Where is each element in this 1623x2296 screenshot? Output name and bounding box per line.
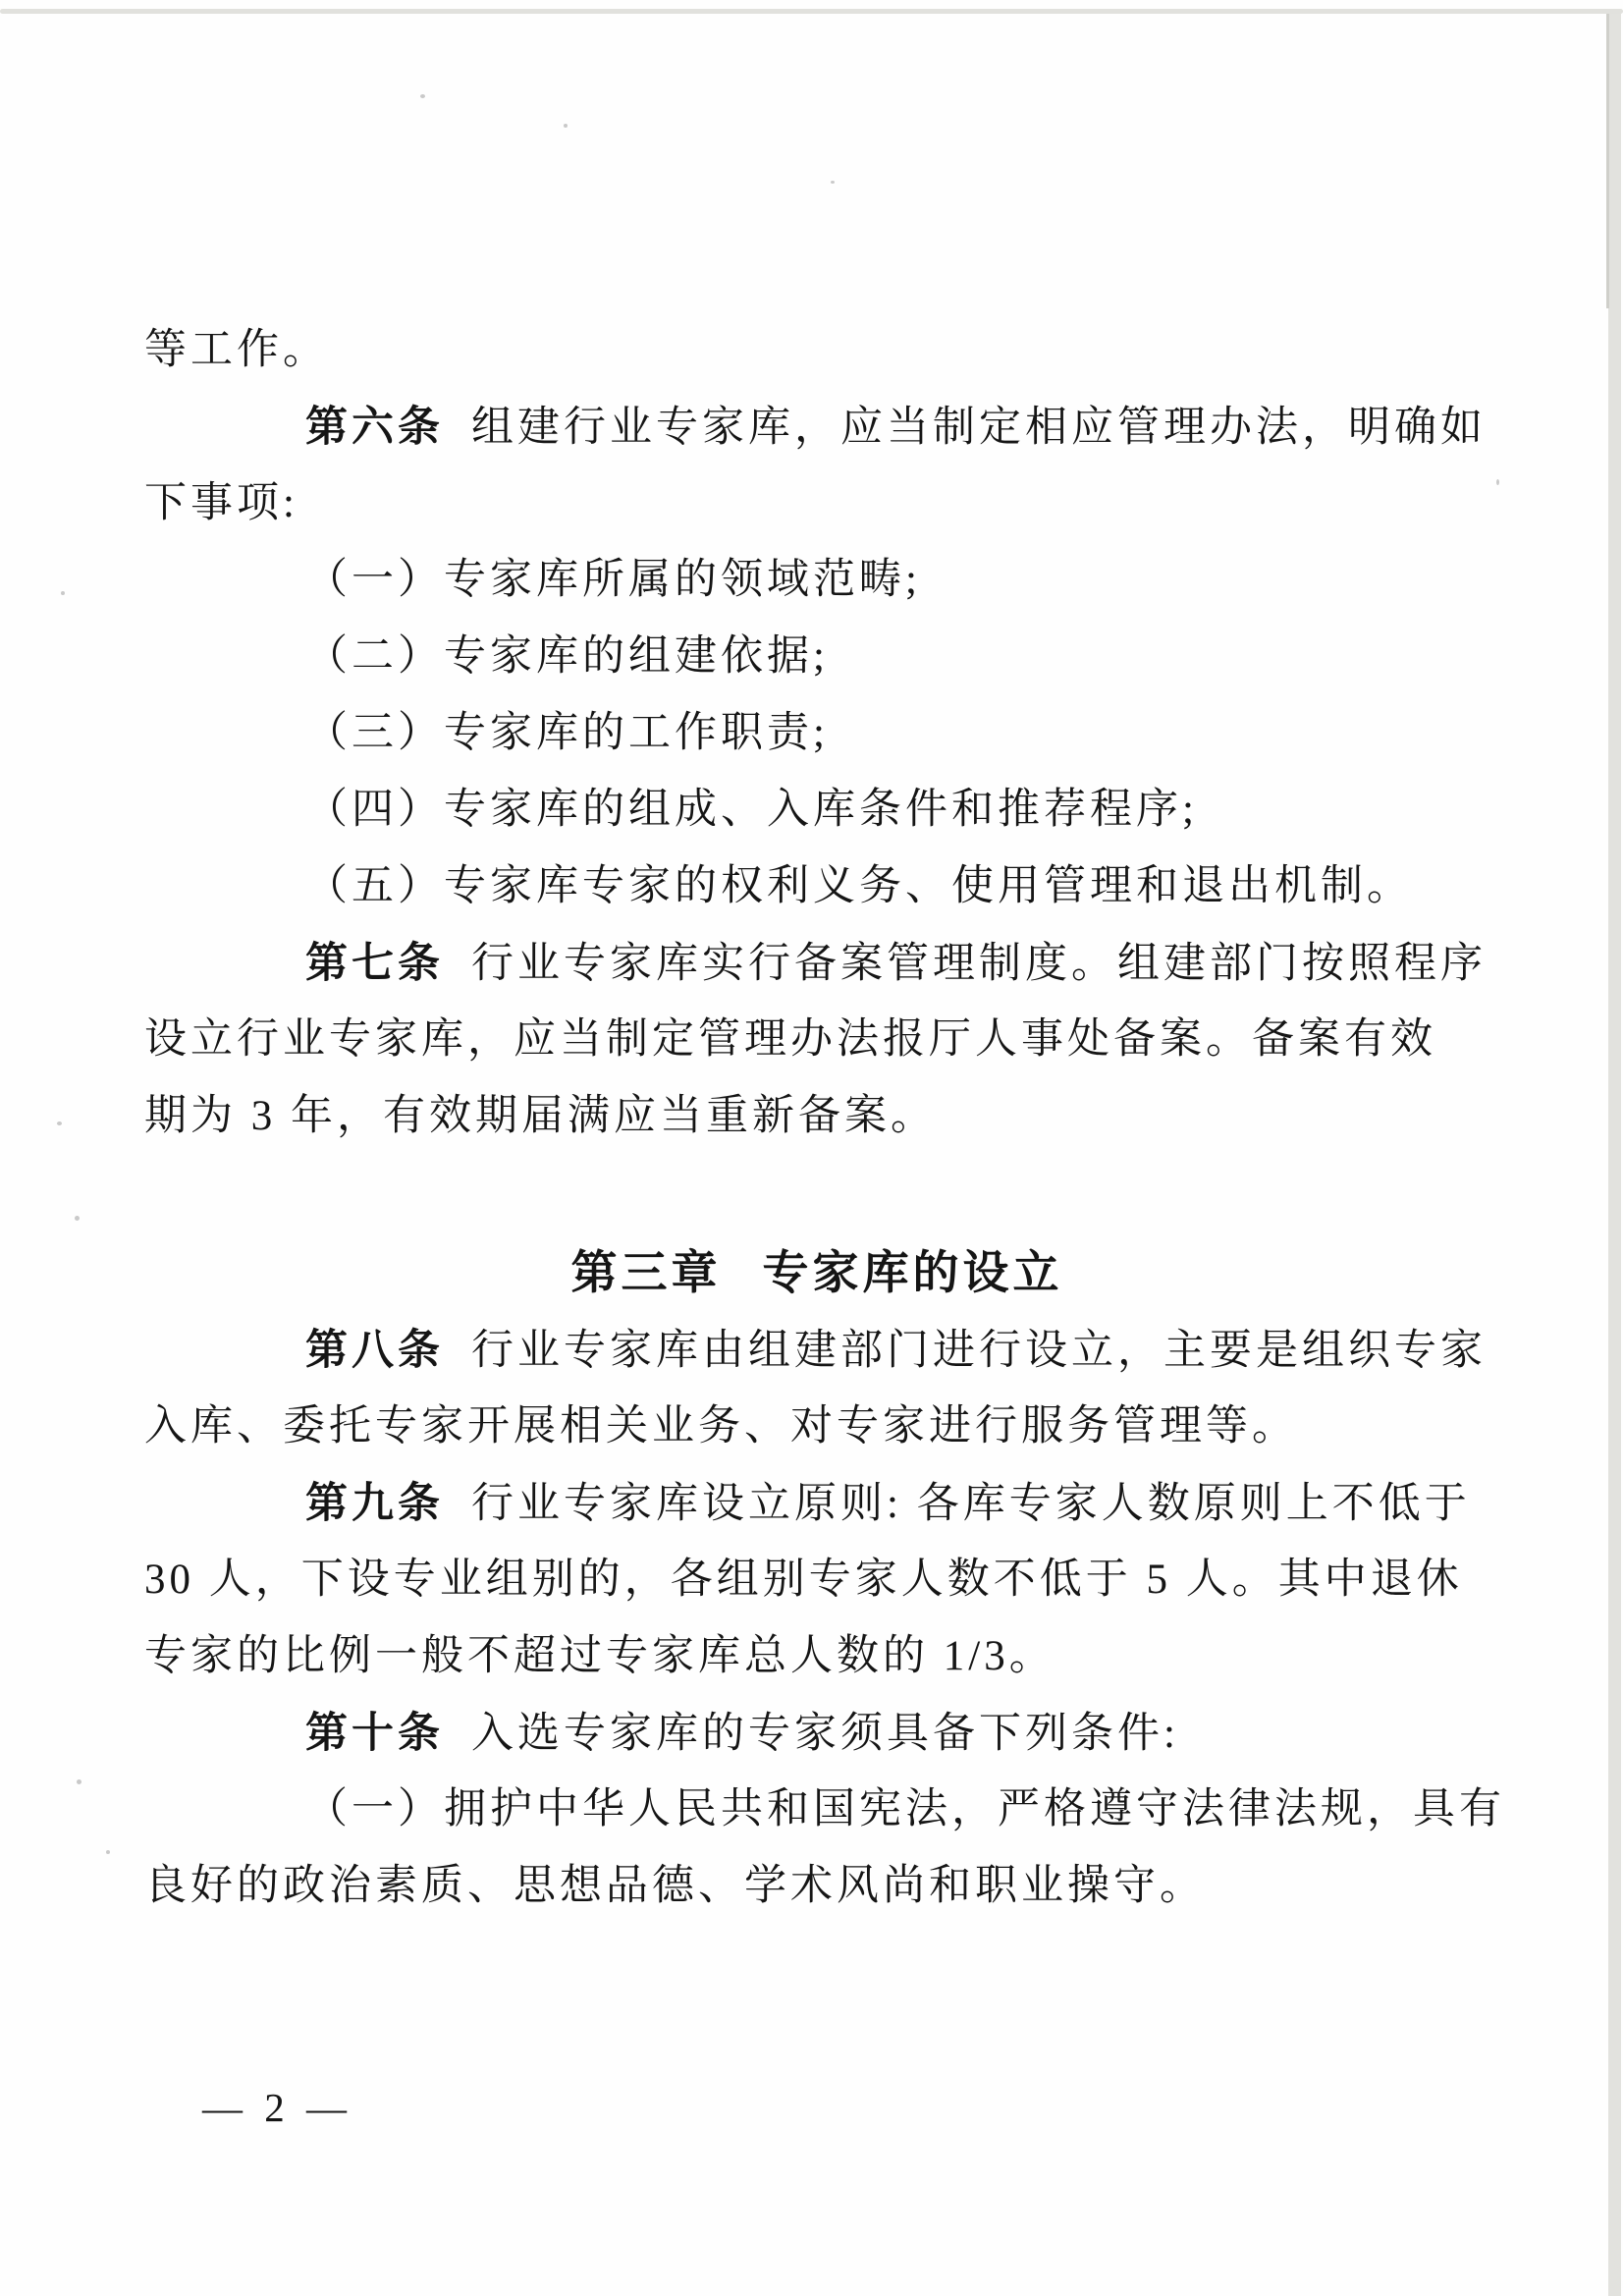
- list-item: （二）专家库的组建依据;: [144, 619, 1489, 695]
- body-line: 第八条行业专家库由组建部门进行设立，主要是组织专家: [144, 1312, 1489, 1389]
- chapter-title: 专家库的设立: [763, 1246, 1063, 1298]
- list-item: （五）专家库专家的权利义务、使用管理和退出机制。: [144, 848, 1489, 925]
- scan-speck: [77, 1779, 81, 1784]
- body-line: 第六条组建行业专家库，应当制定相应管理办法，明确如: [144, 389, 1489, 465]
- body-line: 专家的比例一般不超过专家库总人数的 1/3。: [144, 1618, 1489, 1695]
- scan-speck: [831, 181, 835, 184]
- body-text: （一）专家库所属的领域范畴;: [305, 557, 921, 603]
- list-item: （一）拥护中华人民共和国宪法，严格遵守法律法规，具有: [144, 1772, 1489, 1848]
- scan-speck: [57, 1121, 62, 1125]
- body-line: 第七条行业专家库实行备案管理制度。组建部门按照程序: [144, 925, 1489, 1002]
- body-line: 下事项:: [144, 465, 1489, 542]
- body-text: 等工作。: [144, 327, 329, 373]
- article-number: 第十条: [305, 1710, 444, 1757]
- body-text: 30 人，下设专业组别的，各组别专家人数不低于 5 人。其中退休: [144, 1557, 1463, 1603]
- scan-speck: [420, 94, 425, 98]
- body-text: （三）专家库的工作职责;: [305, 710, 829, 756]
- document-page: 等工作。 第六条组建行业专家库，应当制定相应管理办法，明确如 下事项: （一）专…: [0, 0, 1623, 2296]
- body-text: 行业专家库设立原则: 各库专家人数原则上不低于: [471, 1481, 1471, 1527]
- body-text: 入库、委托专家开展相关业务、对专家进行服务管理等。: [144, 1403, 1298, 1449]
- list-item: （四）专家库的组成、入库条件和推荐程序;: [144, 772, 1489, 848]
- body-text: 组建行业专家库，应当制定相应管理办法，明确如: [471, 405, 1487, 451]
- body-text: （五）专家库专家的权利义务、使用管理和退出机制。: [305, 863, 1413, 909]
- body-text: （二）专家库的组建依据;: [305, 633, 829, 680]
- body-line: 设立行业专家库，应当制定管理办法报厅人事处备案。备案有效: [144, 1002, 1489, 1078]
- body-line: 入库、委托专家开展相关业务、对专家进行服务管理等。: [144, 1389, 1489, 1465]
- body-line: 期为 3 年，有效期届满应当重新备案。: [144, 1078, 1489, 1155]
- body-text: 行业专家库由组建部门进行设立，主要是组织专家: [471, 1328, 1487, 1374]
- list-item: （三）专家库的工作职责;: [144, 695, 1489, 772]
- list-item: （一）专家库所属的领域范畴;: [144, 542, 1489, 619]
- page-number: — 2 —: [202, 2084, 352, 2131]
- body-text: 行业专家库实行备案管理制度。组建部门按照程序: [471, 941, 1487, 987]
- document-body: 等工作。 第六条组建行业专家库，应当制定相应管理办法，明确如 下事项: （一）专…: [144, 312, 1489, 1925]
- body-text: 期为 3 年，有效期届满应当重新备案。: [144, 1093, 937, 1139]
- body-text: 专家的比例一般不超过专家库总人数的 1/3。: [144, 1633, 1055, 1679]
- scan-edge-strip: [1608, 14, 1621, 2296]
- body-text: 入选专家库的专家须具备下列条件:: [471, 1711, 1179, 1757]
- body-text: 设立行业专家库，应当制定管理办法报厅人事处备案。备案有效: [144, 1016, 1436, 1063]
- chapter-number: 第三章: [571, 1246, 722, 1298]
- article-number: 第八条: [305, 1327, 444, 1374]
- scan-speck: [106, 1850, 110, 1854]
- body-text: 良好的政治素质、思想品德、学术风尚和职业操守。: [144, 1863, 1206, 1909]
- scan-speck: [1496, 479, 1499, 485]
- chapter-heading: 第三章专家库的设立: [144, 1233, 1489, 1312]
- article-number: 第六条: [305, 404, 444, 451]
- scan-speck: [564, 124, 568, 128]
- body-line: 第九条行业专家库设立原则: 各库专家人数原则上不低于: [144, 1465, 1489, 1542]
- body-text: （四）专家库的组成、入库条件和推荐程序;: [305, 787, 1198, 833]
- body-text: 下事项:: [144, 480, 298, 526]
- article-number: 第七条: [305, 940, 444, 987]
- body-line: 30 人，下设专业组别的，各组别专家人数不低于 5 人。其中退休: [144, 1542, 1489, 1618]
- body-text: （一）拥护中华人民共和国宪法，严格遵守法律法规，具有: [305, 1786, 1505, 1832]
- article-number: 第九条: [305, 1480, 444, 1527]
- scan-edge-line: [0, 9, 1623, 14]
- body-line: 第十条入选专家库的专家须具备下列条件:: [144, 1695, 1489, 1772]
- scan-speck: [61, 591, 65, 595]
- body-line: 等工作。: [144, 312, 1489, 389]
- body-line: 良好的政治素质、思想品德、学术风尚和职业操守。: [144, 1848, 1489, 1925]
- scan-speck: [75, 1216, 80, 1221]
